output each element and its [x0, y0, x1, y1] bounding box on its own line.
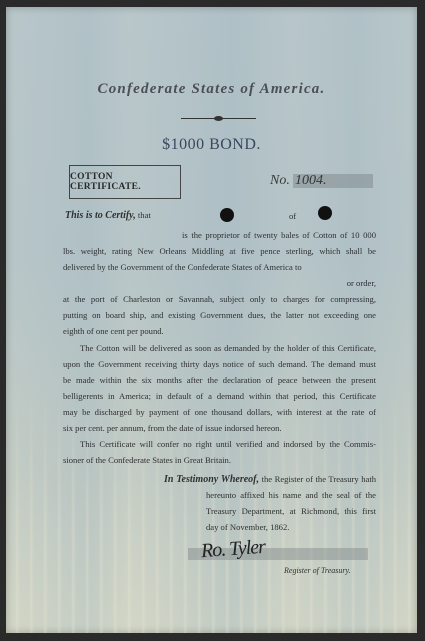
- body-line: delivered by the Government of the Confe…: [63, 262, 302, 272]
- body-line: The Cotton will be delivered as soon as …: [80, 343, 376, 353]
- body-line: belligerents in America; in default of a…: [63, 391, 376, 401]
- bond-denomination: $1000 BOND.: [6, 136, 417, 154]
- testimony-lead-in: In Testimony Whereof,: [164, 474, 259, 485]
- body-line: eighth of one cent per pound.: [63, 326, 164, 336]
- date-line: day of November, 1862.: [206, 522, 289, 532]
- body-line: This Certificate will confer no right un…: [80, 439, 376, 449]
- certify-line: This is to Certify, that: [65, 210, 151, 221]
- of-word: of: [289, 211, 296, 221]
- punch-hole-icon: [220, 208, 234, 222]
- testimony-line: hereunto affixed his name and the seal o…: [206, 490, 376, 500]
- body-line: may be discharged by payment of one thou…: [63, 407, 376, 417]
- body-line: lbs. weight, rating New Orleans Middling…: [63, 246, 376, 256]
- number-label: No.: [270, 173, 290, 189]
- certificate-label-text: COTTON CERTIFICATE.: [70, 172, 180, 192]
- body-line: or order,: [256, 278, 376, 288]
- bond-certificate: Confederate States of America. $1000 BON…: [6, 7, 417, 633]
- ornamental-rule: [181, 118, 256, 119]
- signature: Ro. Tyler: [200, 536, 265, 563]
- testimony-line: In Testimony Whereof, the Register of th…: [164, 474, 376, 485]
- certificate-number: 1004.: [293, 174, 373, 188]
- document-heading: Confederate States of America.: [6, 81, 417, 98]
- body-line: is the proprietor of twenty bales of Cot…: [182, 230, 376, 240]
- body-line: sioner of the Confederate States in Grea…: [63, 455, 231, 465]
- testimony-line: Treasury Department, at Richmond, this f…: [206, 506, 376, 516]
- body-line: be made within the six months after the …: [63, 375, 376, 385]
- cotton-certificate-label: COTTON CERTIFICATE.: [69, 165, 181, 199]
- body-line: putting on board ship, and existing Gove…: [63, 310, 376, 320]
- lead-in-text: This is to Certify,: [65, 210, 136, 221]
- signature-title: Register of Treasury.: [284, 566, 351, 575]
- body-line: at the port of Charleston or Savannah, s…: [63, 294, 376, 304]
- body-line: upon the Government receiving thirty day…: [63, 359, 376, 369]
- punch-hole-icon: [318, 206, 332, 220]
- body-line: six per cent. per annum, from the date o…: [63, 423, 282, 433]
